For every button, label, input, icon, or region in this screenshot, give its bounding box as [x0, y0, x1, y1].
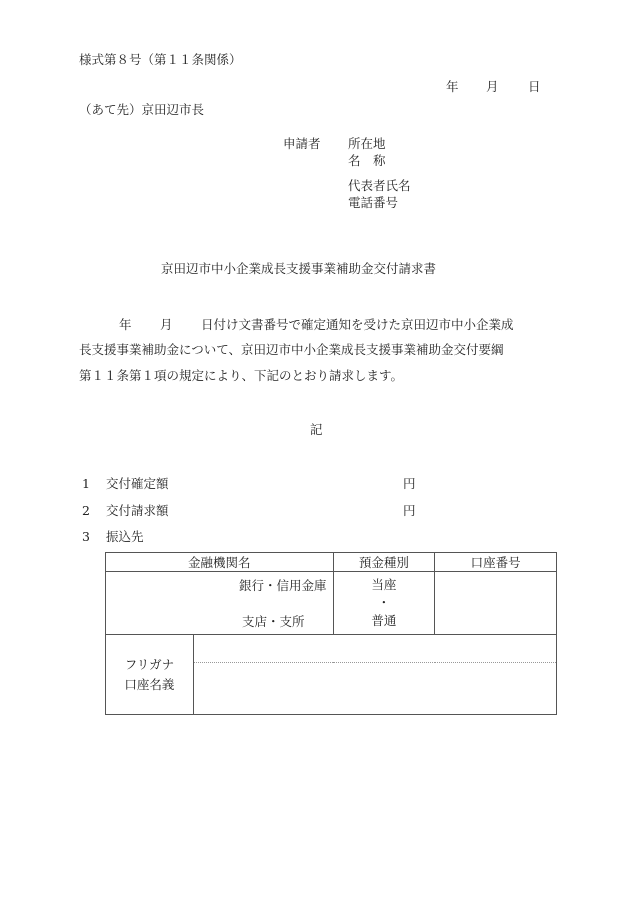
account-type-cell[interactable]: 当座 ・ 普通	[333, 572, 435, 635]
bank-name-cell[interactable]: 銀行・信用金庫 支店・支所	[106, 572, 334, 635]
bank-transfer-table: 金融機関名 預金種別 口座番号 銀行・信用金庫 支店・支所 当座 ・ 普通 フリ…	[105, 552, 557, 715]
applicant-address-field: 所在地	[348, 138, 386, 151]
item-1-unit: 円	[403, 478, 416, 491]
body-year: 年	[119, 319, 132, 332]
branch-suffix: 支店・支所	[106, 612, 327, 630]
header-bank-name: 金融機関名	[106, 553, 334, 572]
applicant-phone-field: 電話番号	[348, 197, 398, 210]
furigana-label: フリガナ	[106, 655, 193, 675]
account-type-ordinary: 普通	[334, 612, 435, 630]
body-line3: 第１１条第１項の規定により、下記のとおり請求します。	[79, 370, 403, 383]
account-type-separator: ・	[334, 594, 435, 612]
date-year: 年	[446, 81, 459, 94]
item-1-number: 1	[82, 478, 90, 491]
holder-label-cell: フリガナ 口座名義	[106, 635, 194, 715]
date-month: 月	[486, 81, 499, 94]
account-holder-input-cell[interactable]	[193, 663, 556, 715]
form-number: 様式第８号（第１１条関係）	[79, 54, 242, 67]
body-month: 月	[160, 319, 173, 332]
header-account-number: 口座番号	[435, 553, 557, 572]
item-2-number: 2	[82, 505, 90, 518]
item-2-unit: 円	[403, 505, 416, 518]
header-account-type: 預金種別	[333, 553, 435, 572]
item-2-label: 交付請求額	[106, 505, 169, 518]
applicant-representative-field: 代表者氏名	[348, 180, 411, 193]
date-day: 日	[528, 81, 541, 94]
furigana-input-cell[interactable]	[193, 635, 556, 663]
bank-suffix: 銀行・信用金庫	[106, 576, 327, 594]
item-3-label: 振込先	[106, 531, 144, 544]
item-1-label: 交付確定額	[106, 478, 169, 491]
applicant-label: 申請者	[283, 138, 321, 151]
account-type-current: 当座	[334, 576, 435, 594]
addressee: （あて先）京田辺市長	[79, 104, 204, 117]
body-line1: 日付け文書番号で確定通知を受けた京田辺市中小企業成	[201, 319, 514, 332]
document-title: 京田辺市中小企業成長支援事業補助金交付請求書	[161, 263, 436, 276]
account-number-cell[interactable]	[435, 572, 557, 635]
item-3-number: 3	[82, 531, 90, 544]
body-line2: 長支援事業補助金について、京田辺市中小企業成長支援事業補助金交付要綱	[79, 344, 504, 357]
applicant-name-field: 名 称	[348, 155, 386, 168]
ki-heading: 記	[310, 424, 323, 437]
account-holder-label: 口座名義	[106, 675, 193, 695]
